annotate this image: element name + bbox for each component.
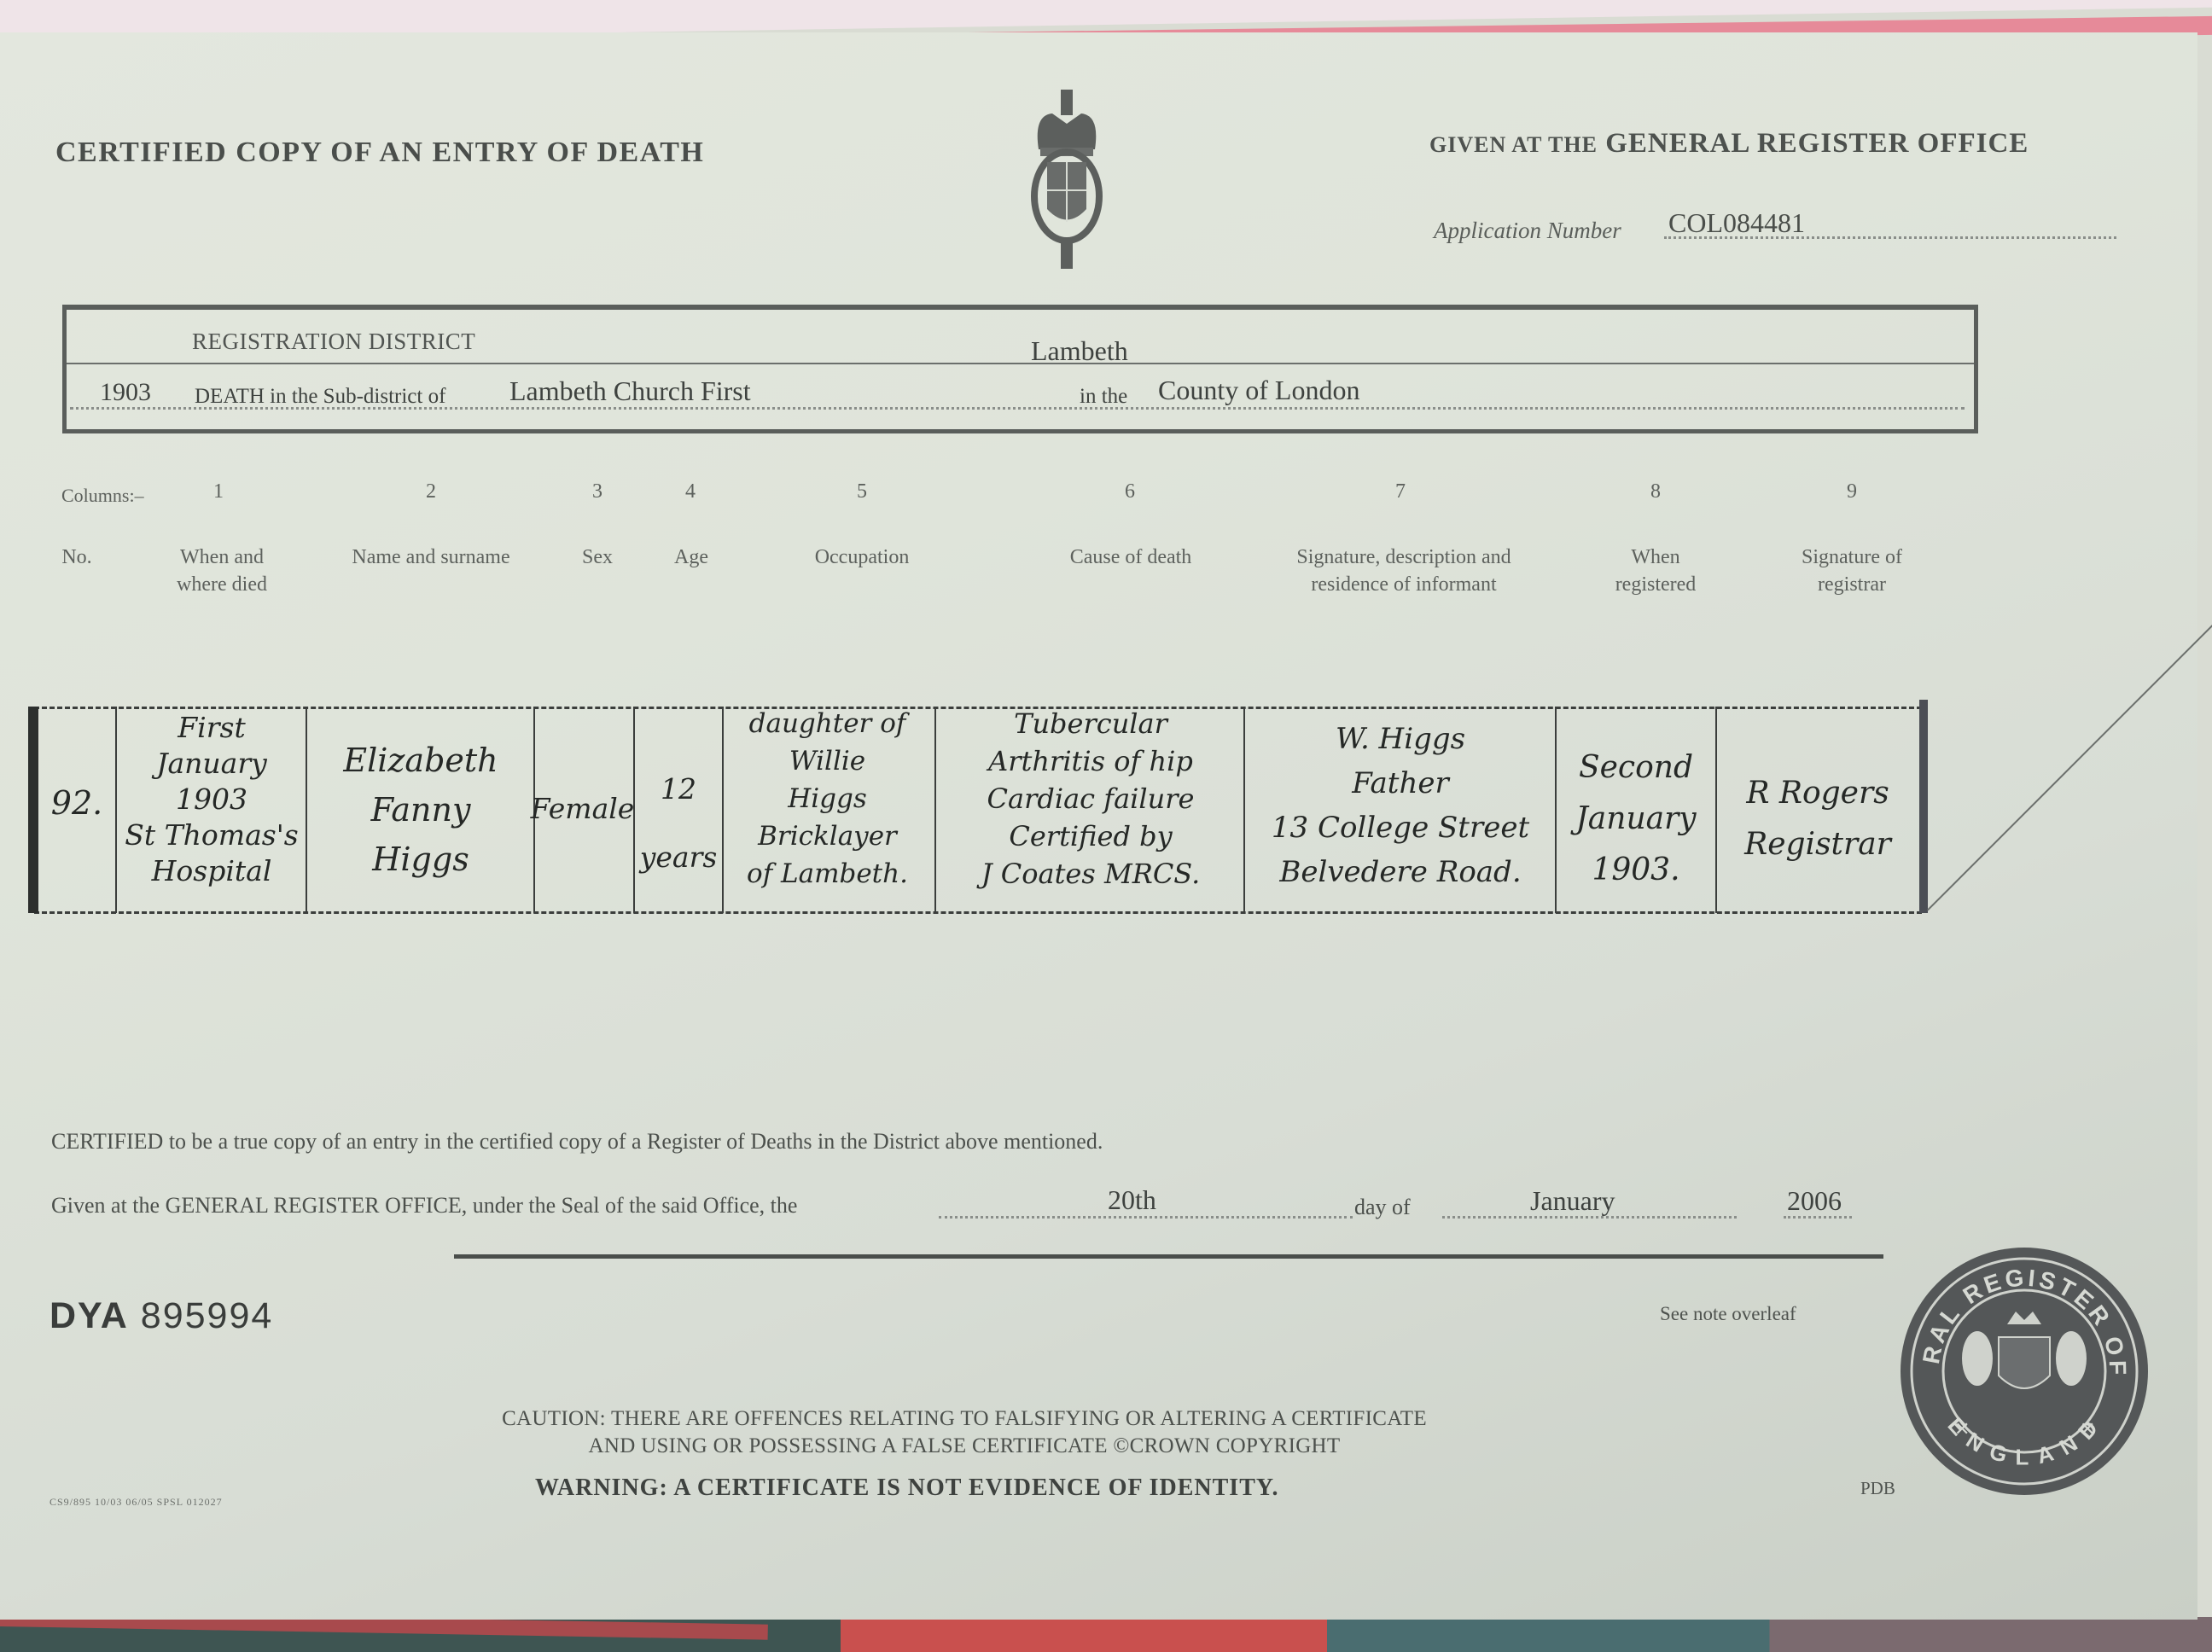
certification-rule bbox=[454, 1254, 1883, 1259]
informant-signature: W. Higgs bbox=[1246, 717, 1555, 761]
column-header-age: Age bbox=[657, 544, 725, 571]
certificate-title: CERTIFIED COPY OF AN ENTRY OF DEATH bbox=[55, 137, 704, 169]
death-subdistrict-label: DEATH in the Sub-district of bbox=[195, 385, 445, 409]
column-header-when-registered: When registered bbox=[1596, 544, 1715, 598]
column-header-informant: Signature, description and residence of … bbox=[1263, 544, 1545, 598]
column-number-3: 3 bbox=[572, 480, 623, 503]
occupation-line: daughter of bbox=[719, 705, 936, 742]
column-header-when-where: When and where died bbox=[162, 544, 282, 598]
given-at-prefix: GIVEN AT THE bbox=[1429, 132, 1598, 157]
svg-text:✕: ✕ bbox=[1954, 1418, 1970, 1440]
certification-year: 2006 bbox=[1787, 1185, 1842, 1217]
pdb-code: PDB bbox=[1860, 1478, 1895, 1499]
column-header-registrar: Signature of registrar bbox=[1779, 544, 1924, 598]
caution-line: AND USING OR POSSESSING A FALSE CERTIFIC… bbox=[431, 1433, 1498, 1460]
identity-warning: WARNING: A CERTIFICATE IS NOT EVIDENCE O… bbox=[535, 1475, 1279, 1502]
column-divider bbox=[306, 707, 307, 913]
serial-prefix: DYA bbox=[49, 1295, 129, 1336]
county: County of London bbox=[1158, 375, 1359, 406]
entry-age: 12 years bbox=[636, 755, 721, 892]
in-the-label: in the bbox=[1080, 385, 1127, 409]
where-place-2: Hospital bbox=[118, 853, 306, 889]
entry-number: 92. bbox=[38, 785, 115, 821]
cause-line: Cardiac failure bbox=[937, 780, 1244, 817]
columns-label: Columns:– bbox=[61, 485, 144, 507]
column-header-occupation: Occupation bbox=[785, 544, 939, 571]
middle-name: Fanny bbox=[309, 785, 533, 835]
occupation-line: of Lambeth. bbox=[719, 855, 936, 893]
cause-line: Certified by bbox=[937, 817, 1244, 855]
column-number-9: 9 bbox=[1826, 480, 1877, 503]
registered-day: Second bbox=[1556, 742, 1716, 794]
column-number-4: 4 bbox=[665, 480, 716, 503]
column-number-6: 6 bbox=[1104, 480, 1155, 503]
column-number-5: 5 bbox=[836, 480, 888, 503]
column-header-sex: Sex bbox=[563, 544, 632, 571]
surname: Higgs bbox=[309, 835, 533, 884]
column-header-no: No. bbox=[47, 544, 107, 571]
forename: Elizabeth bbox=[309, 736, 533, 785]
entry-bottom-rule bbox=[34, 911, 1922, 914]
informant-address-2: Belvedere Road. bbox=[1246, 850, 1555, 894]
given-at-statement: Given at the GENERAL REGISTER OFFICE, un… bbox=[51, 1193, 797, 1219]
entry-when-registered: Second January 1903. bbox=[1556, 742, 1716, 896]
registrar-signature: R Rogers bbox=[1717, 768, 1918, 819]
when-year: 1903 bbox=[118, 782, 306, 817]
column-number-8: 8 bbox=[1630, 480, 1681, 503]
general-register-office-seal-icon: GENERAL REGISTER OFFICE ENGLAND ✕ ✕ bbox=[1896, 1243, 2152, 1499]
certification-month: January bbox=[1530, 1185, 1615, 1217]
registered-month: January bbox=[1556, 794, 1716, 845]
serial-number: 895994 bbox=[141, 1295, 274, 1336]
cause-line: Tubercular bbox=[937, 705, 1244, 742]
age-unit: years bbox=[636, 823, 721, 892]
entry-sex: Female bbox=[525, 791, 640, 827]
see-note-overleaf: See note overleaf bbox=[1660, 1303, 1796, 1325]
entry-name: Elizabeth Fanny Higgs bbox=[309, 736, 533, 884]
registrar-title: Registrar bbox=[1717, 819, 1918, 870]
informant-relation: Father bbox=[1246, 761, 1555, 806]
entry-right-border bbox=[1919, 700, 1928, 913]
certified-statement: CERTIFIED to be a true copy of an entry … bbox=[51, 1129, 1103, 1155]
certificate-serial: DYA 895994 bbox=[49, 1295, 273, 1337]
day-dots bbox=[939, 1216, 1353, 1219]
day-of-label: day of bbox=[1354, 1195, 1411, 1220]
column-header-cause: Cause of death bbox=[1033, 544, 1229, 571]
entry-cause: Tubercular Arthritis of hip Cardiac fail… bbox=[937, 705, 1244, 893]
registered-year: 1903. bbox=[1556, 845, 1716, 896]
column-header-name: Name and surname bbox=[329, 544, 533, 571]
caution-line: CAUTION: THERE ARE OFFENCES RELATING TO … bbox=[431, 1405, 1498, 1433]
entry-registrar: R Rogers Registrar bbox=[1717, 768, 1918, 870]
registration-box bbox=[62, 305, 1978, 433]
registration-divider bbox=[67, 363, 1974, 364]
cause-line: J Coates MRCS. bbox=[937, 855, 1244, 893]
certification-day: 20th bbox=[1108, 1184, 1156, 1216]
occupation-line: Willie bbox=[719, 742, 936, 780]
column-number-7: 7 bbox=[1375, 480, 1426, 503]
given-at-heading: GIVEN AT THE GENERAL REGISTER OFFICE bbox=[1429, 128, 2029, 160]
entry-when-where: First January 1903 St Thomas's Hospital bbox=[118, 710, 306, 889]
registration-district-label: REGISTRATION DISTRICT bbox=[192, 329, 475, 355]
when-month: January bbox=[118, 746, 306, 782]
column-divider bbox=[115, 707, 117, 913]
application-number: COL084481 bbox=[1668, 207, 1805, 239]
entry-informant: W. Higgs Father 13 College Street Belved… bbox=[1246, 717, 1555, 894]
application-number-label: Application Number bbox=[1434, 218, 1621, 244]
royal-coat-of-arms-icon bbox=[1028, 90, 1105, 273]
occupation-line: Higgs bbox=[719, 780, 936, 817]
entry-occupation: daughter of Willie Higgs Bricklayer of L… bbox=[719, 705, 936, 893]
occupation-line: Bricklayer bbox=[719, 817, 936, 855]
cause-line: Arthritis of hip bbox=[937, 742, 1244, 780]
when-day: First bbox=[118, 710, 306, 746]
caution-notice: CAUTION: THERE ARE OFFENCES RELATING TO … bbox=[431, 1405, 1498, 1460]
entry-left-border bbox=[28, 707, 38, 913]
registration-district: Lambeth bbox=[1031, 335, 1128, 367]
print-code: CS9/895 10/03 06/05 SPSL 012027 bbox=[49, 1496, 223, 1509]
column-number-1: 1 bbox=[193, 480, 244, 503]
where-place: St Thomas's bbox=[118, 817, 306, 853]
informant-address: 13 College Street bbox=[1246, 806, 1555, 850]
registration-year: 1903 bbox=[100, 378, 151, 407]
age-value: 12 bbox=[636, 755, 721, 823]
svg-text:✕: ✕ bbox=[2080, 1418, 2095, 1440]
sub-district: Lambeth Church First bbox=[509, 375, 751, 407]
given-at-office: GENERAL REGISTER OFFICE bbox=[1605, 128, 2029, 159]
column-number-2: 2 bbox=[405, 480, 457, 503]
